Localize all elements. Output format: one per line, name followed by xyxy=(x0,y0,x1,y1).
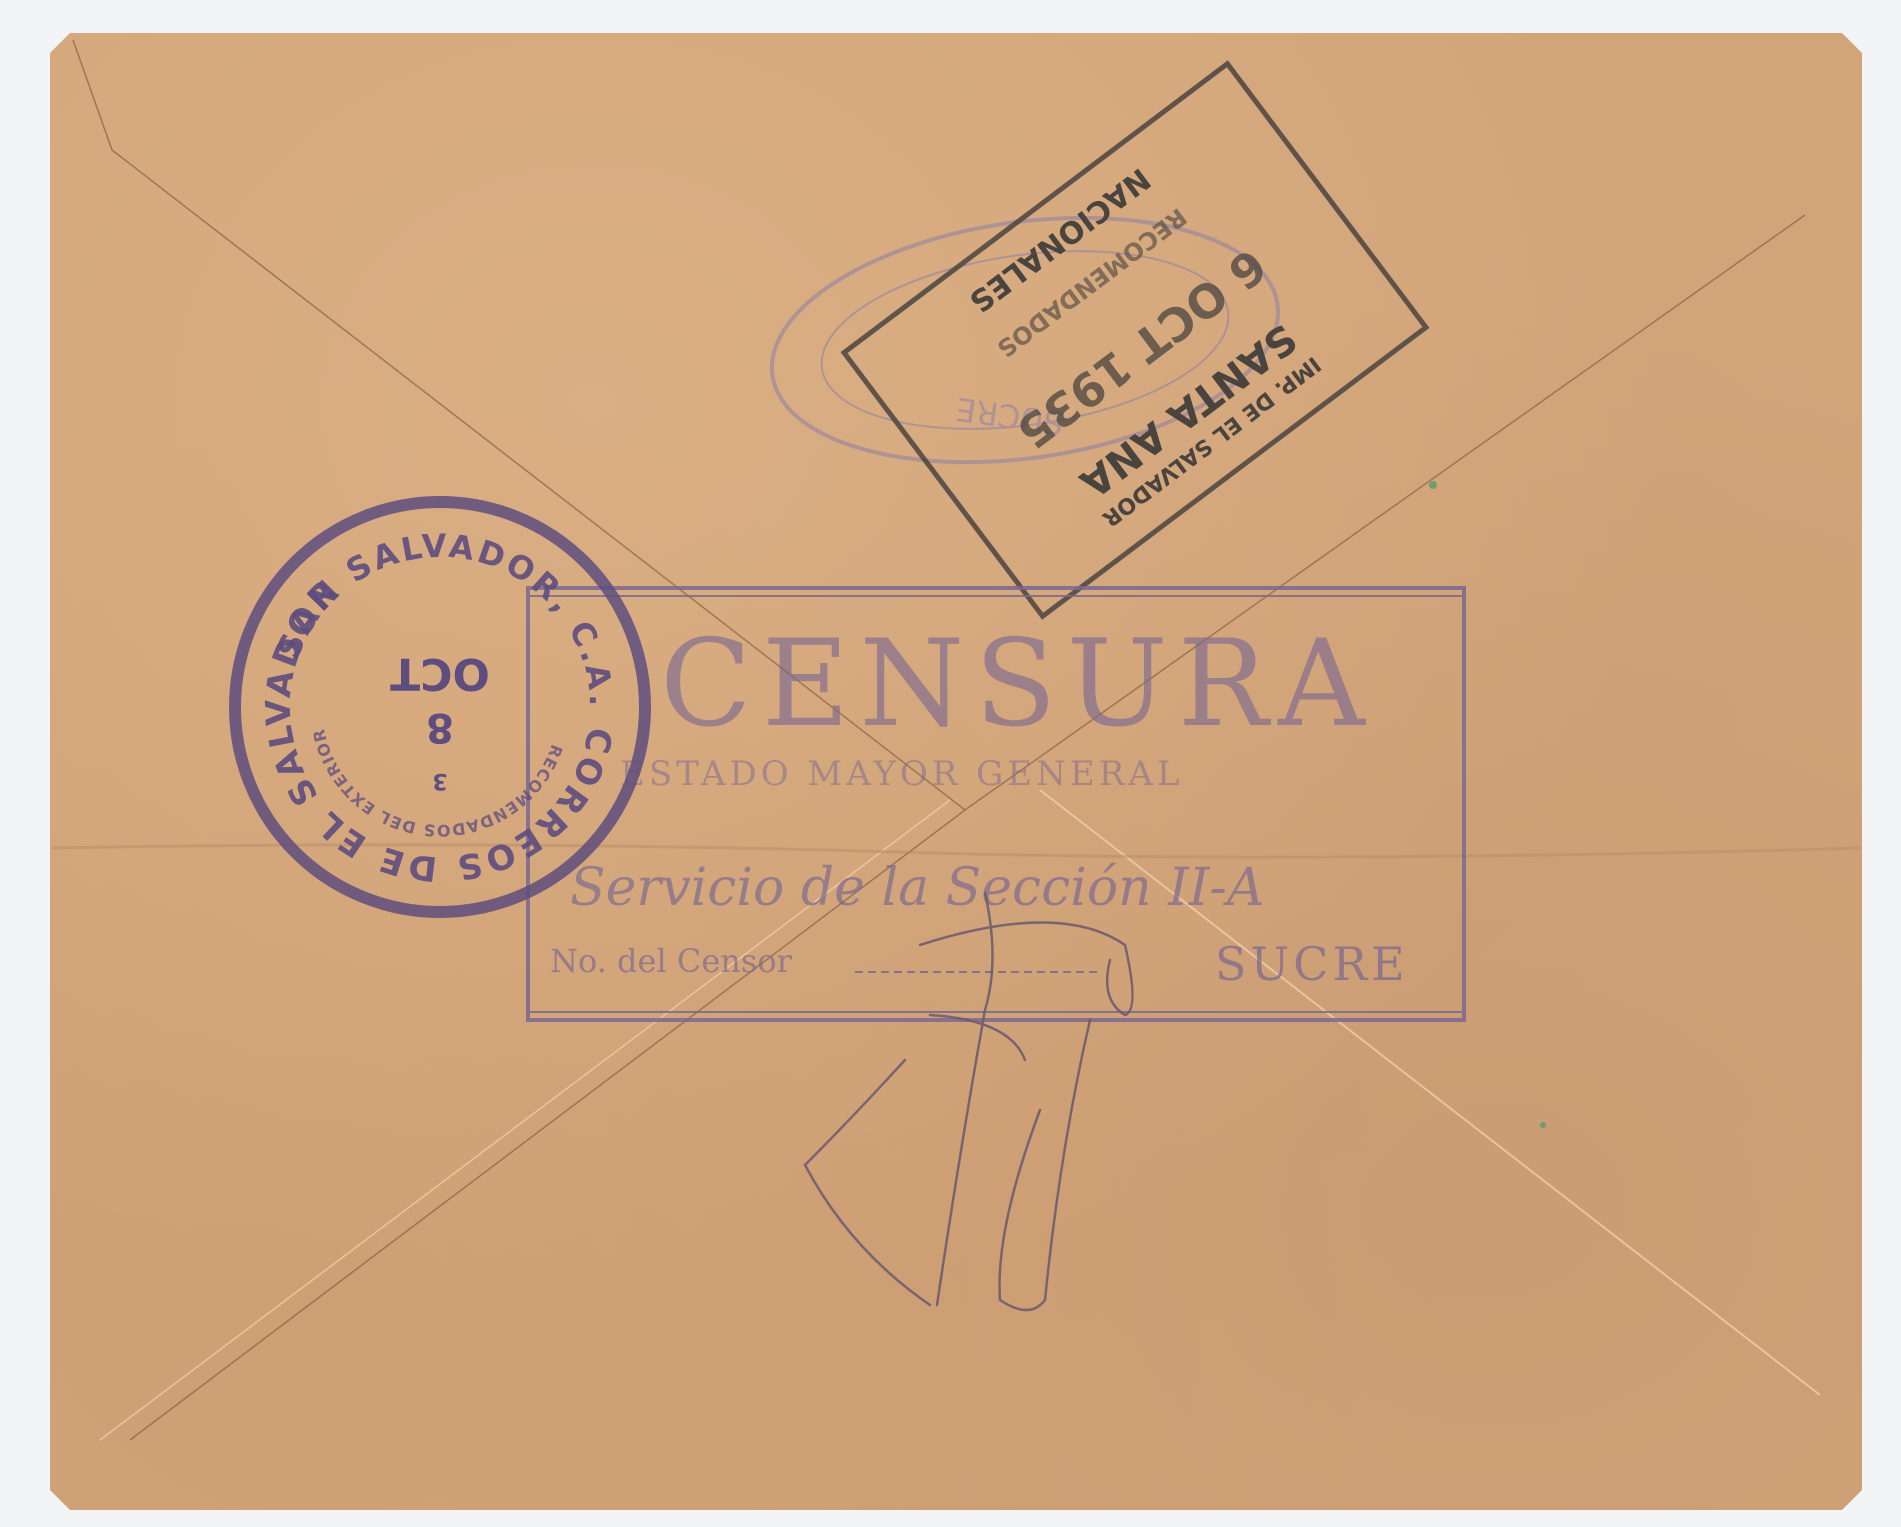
censor-box-stamp: CENSURA ESTADO MAYOR GENERAL Servicio de… xyxy=(528,588,1464,1020)
censor-number-label: No. del Censor xyxy=(550,942,793,980)
registry-box-stamp: IMP. DE EL SALVADOR SANTA ANA 6 OCT 1935… xyxy=(844,64,1426,616)
ink-speck xyxy=(1429,481,1437,489)
censor-title: CENSURA xyxy=(660,615,1375,754)
ink-speck xyxy=(1540,1122,1546,1128)
pencil-signature xyxy=(805,893,1133,1310)
circular-postmark: CORREOS DE EL SALVADOR SAN SALVADOR, C.A… xyxy=(235,502,645,912)
postmark-month: OCT xyxy=(390,648,490,699)
censor-subtitle: ESTADO MAYOR GENERAL xyxy=(620,754,1183,794)
crease xyxy=(52,845,1860,857)
postmark-day: 8 xyxy=(426,704,454,750)
censor-city: SUCRE xyxy=(1215,937,1409,991)
envelope-markings: SUCRE IMP. DE EL SALVADOR SANTA ANA 6 OC… xyxy=(0,0,1901,1527)
censor-service-line: Servicio de la Sección II-A xyxy=(570,858,1264,918)
postmark-year: 3 xyxy=(432,768,447,793)
